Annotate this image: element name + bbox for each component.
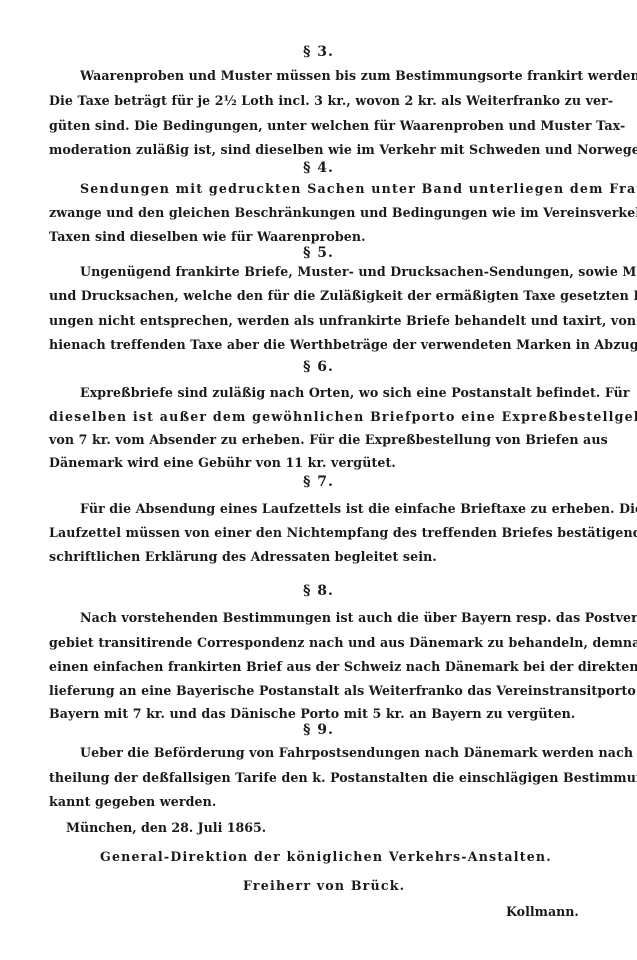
section-6-line: Expreßbriefe sind zuläßig nach Orten, wo… [80, 385, 589, 401]
section-6-line: von 7 kr. vom Absender zu erheben. Für d… [49, 432, 589, 448]
section-5-line: Ungenügend frankirte Briefe, Muster- und… [80, 264, 589, 280]
section-8-line: gebiet transitirende Correspondenz nach … [49, 635, 589, 651]
section-3-line: Die Taxe beträgt für je 2½ Loth incl. 3 … [49, 93, 589, 109]
section-8-line: Bayern mit 7 kr. und das Dänische Porto … [49, 706, 589, 722]
section-heading-9: § 9. [0, 722, 637, 738]
place-date: München, den 28. Juli 1865. [66, 820, 266, 835]
section-4-line: zwange und den gleichen Beschränkungen u… [49, 205, 589, 221]
section-3-line: güten sind. Die Bedingungen, unter welch… [49, 118, 589, 134]
section-6-line: Dänemark wird eine Gebühr von 11 kr. ver… [49, 455, 589, 471]
section-7-line: Für die Absendung eines Laufzettels ist … [80, 501, 589, 517]
section-4-line: Sendungen mit gedruckten Sachen unter Ba… [80, 181, 589, 197]
section-3-line: moderation zuläßig ist, sind dieselben w… [49, 142, 589, 158]
section-7-line: Laufzettel müssen von einer den Nichtemp… [49, 525, 589, 541]
issuing-authority: General-Direktion der königlichen Verkeh… [100, 849, 552, 864]
section-8-line: lieferung an eine Bayerische Postanstalt… [49, 683, 589, 699]
section-6-line: dieselben ist außer dem gewöhnlichen Bri… [49, 409, 589, 425]
section-heading-3: § 3. [0, 44, 637, 60]
section-heading-7: § 7. [0, 474, 637, 490]
section-heading-6: § 6. [0, 359, 637, 375]
section-9-line: theilung der deßfallsigen Tarife den k. … [49, 770, 589, 786]
section-heading-8: § 8. [0, 583, 637, 599]
section-5-line: und Drucksachen, welche den für die Zulä… [49, 288, 589, 304]
section-8-line: Nach vorstehenden Bestimmungen ist auch … [80, 610, 589, 626]
section-9-line: kannt gegeben werden. [49, 794, 589, 810]
section-4-line: Taxen sind dieselben wie für Waarenprobe… [49, 229, 589, 245]
section-3-line: Waarenproben und Muster müssen bis zum B… [80, 68, 589, 84]
section-8-line: einen einfachen frankirten Brief aus der… [49, 659, 589, 675]
section-5-line: ungen nicht entsprechen, werden als unfr… [49, 313, 589, 329]
signatory: Freiherr von Brück. [243, 878, 405, 893]
section-heading-5: § 5. [0, 245, 637, 261]
section-9-line: Ueber die Beförderung von Fahrpostsendun… [80, 745, 589, 761]
countersignatory: Kollmann. [506, 904, 579, 919]
section-7-line: schriftlichen Erklärung des Adressaten b… [49, 549, 589, 565]
document-page: § 3. Waarenproben und Muster müssen bis … [0, 0, 637, 960]
section-heading-4: § 4. [0, 160, 637, 176]
section-5-line: hienach treffenden Taxe aber die Werthbe… [49, 337, 589, 353]
